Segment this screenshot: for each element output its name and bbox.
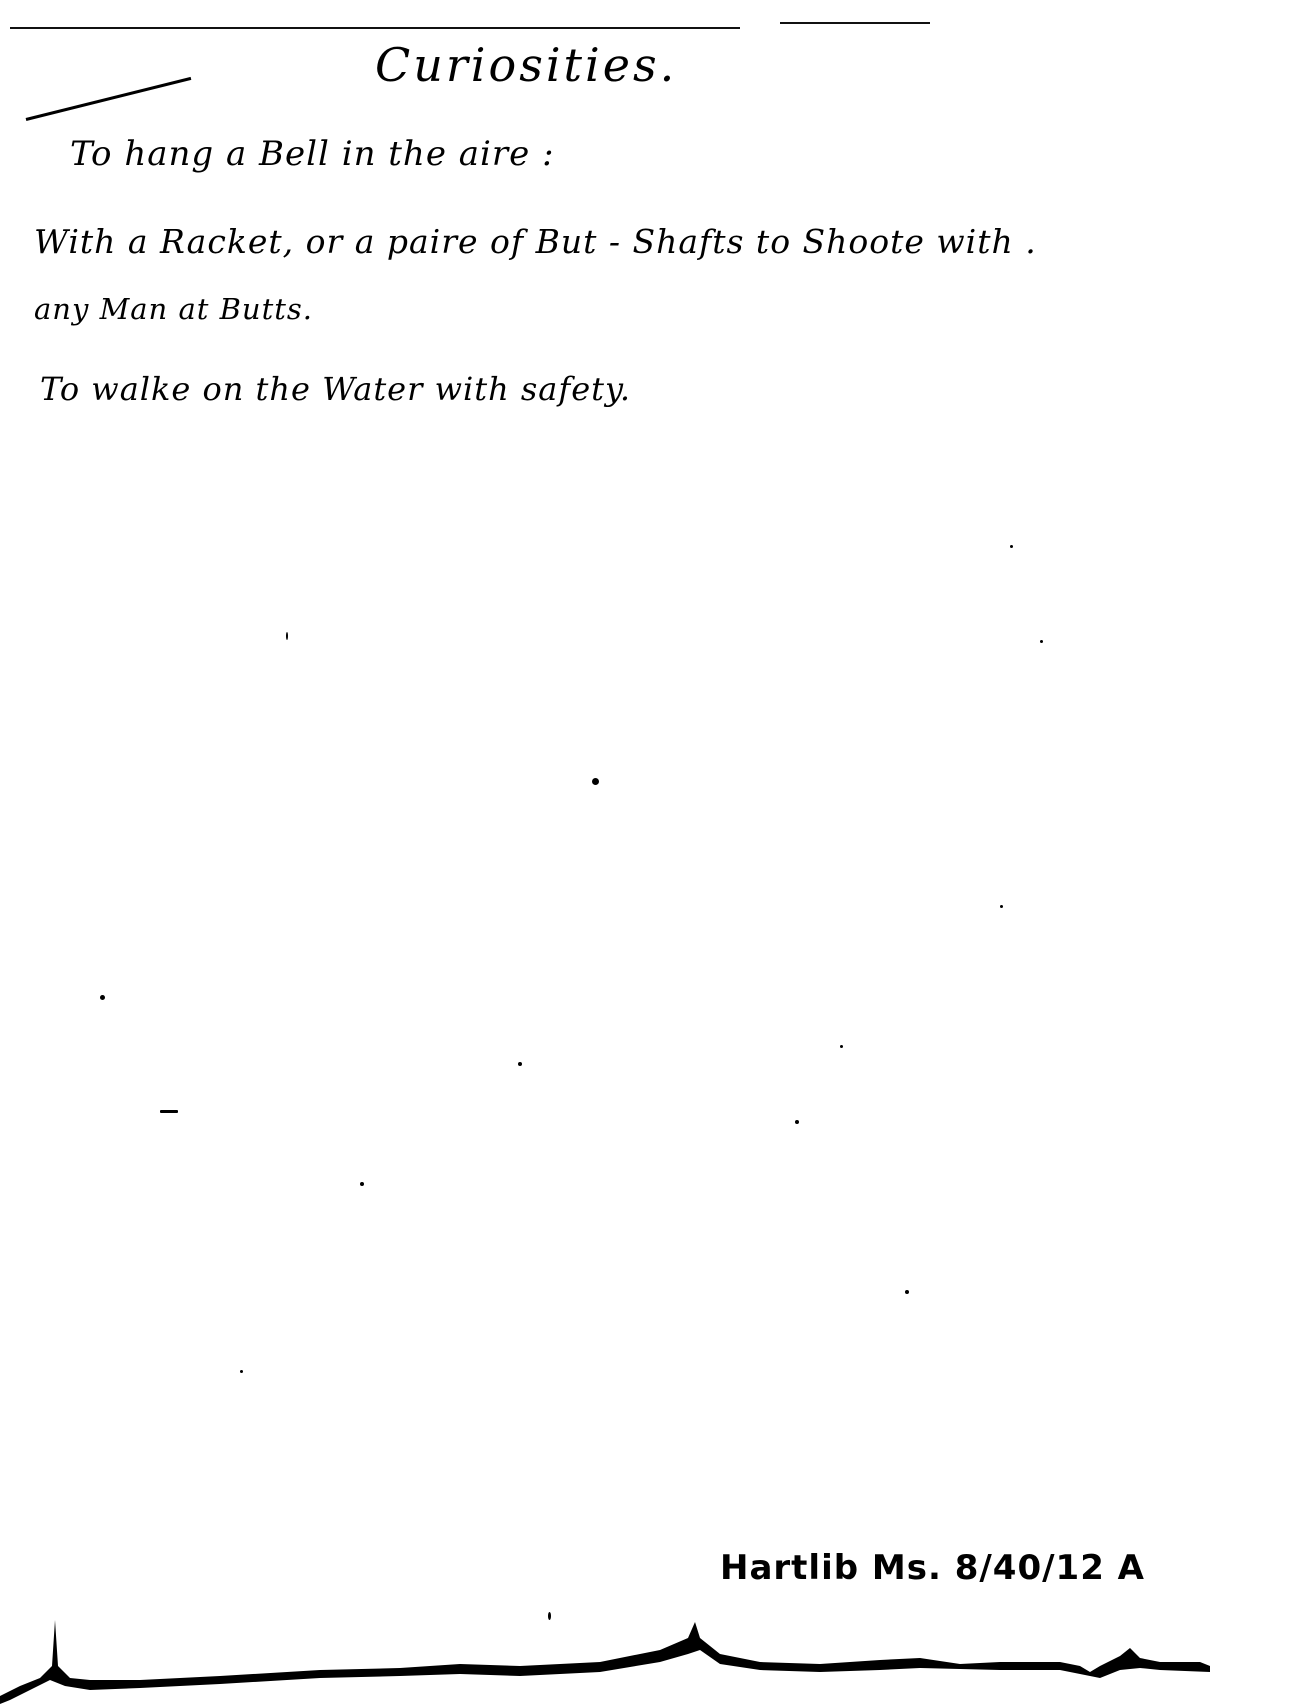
catalogue-mark: Hartlib Ms. 8/40/12 A — [720, 1548, 1145, 1588]
scan-speck — [518, 1062, 522, 1066]
scan-speck — [240, 1370, 243, 1373]
scan-speck — [1040, 640, 1043, 643]
scan-speck — [286, 632, 288, 640]
scan-speck — [592, 778, 599, 785]
scan-speck — [1000, 905, 1003, 908]
text-line: With a Racket, or a paire of But - Shaft… — [34, 222, 1037, 261]
scan-speck — [360, 1182, 364, 1186]
scan-speck — [1010, 545, 1013, 548]
page-title: Curiosities. — [375, 38, 677, 92]
scan-speck — [160, 1110, 178, 1113]
scan-speck — [905, 1290, 909, 1294]
scan-speck — [548, 1612, 551, 1620]
scan-speck — [100, 995, 105, 1000]
text-line: To hang a Bell in the aire : — [70, 134, 555, 174]
text-line: To walke on the Water with safety. — [40, 370, 631, 408]
pen-flourish — [26, 77, 192, 121]
manuscript-page: Curiosities. To hang a Bell in the aire … — [0, 0, 1312, 1706]
top-edge-rule — [780, 22, 930, 24]
scan-speck — [840, 1045, 843, 1048]
torn-bottom-edge — [0, 1620, 1312, 1706]
scan-speck — [795, 1120, 799, 1124]
top-edge-rule — [10, 27, 740, 29]
text-line: any Man at Butts. — [34, 292, 313, 326]
